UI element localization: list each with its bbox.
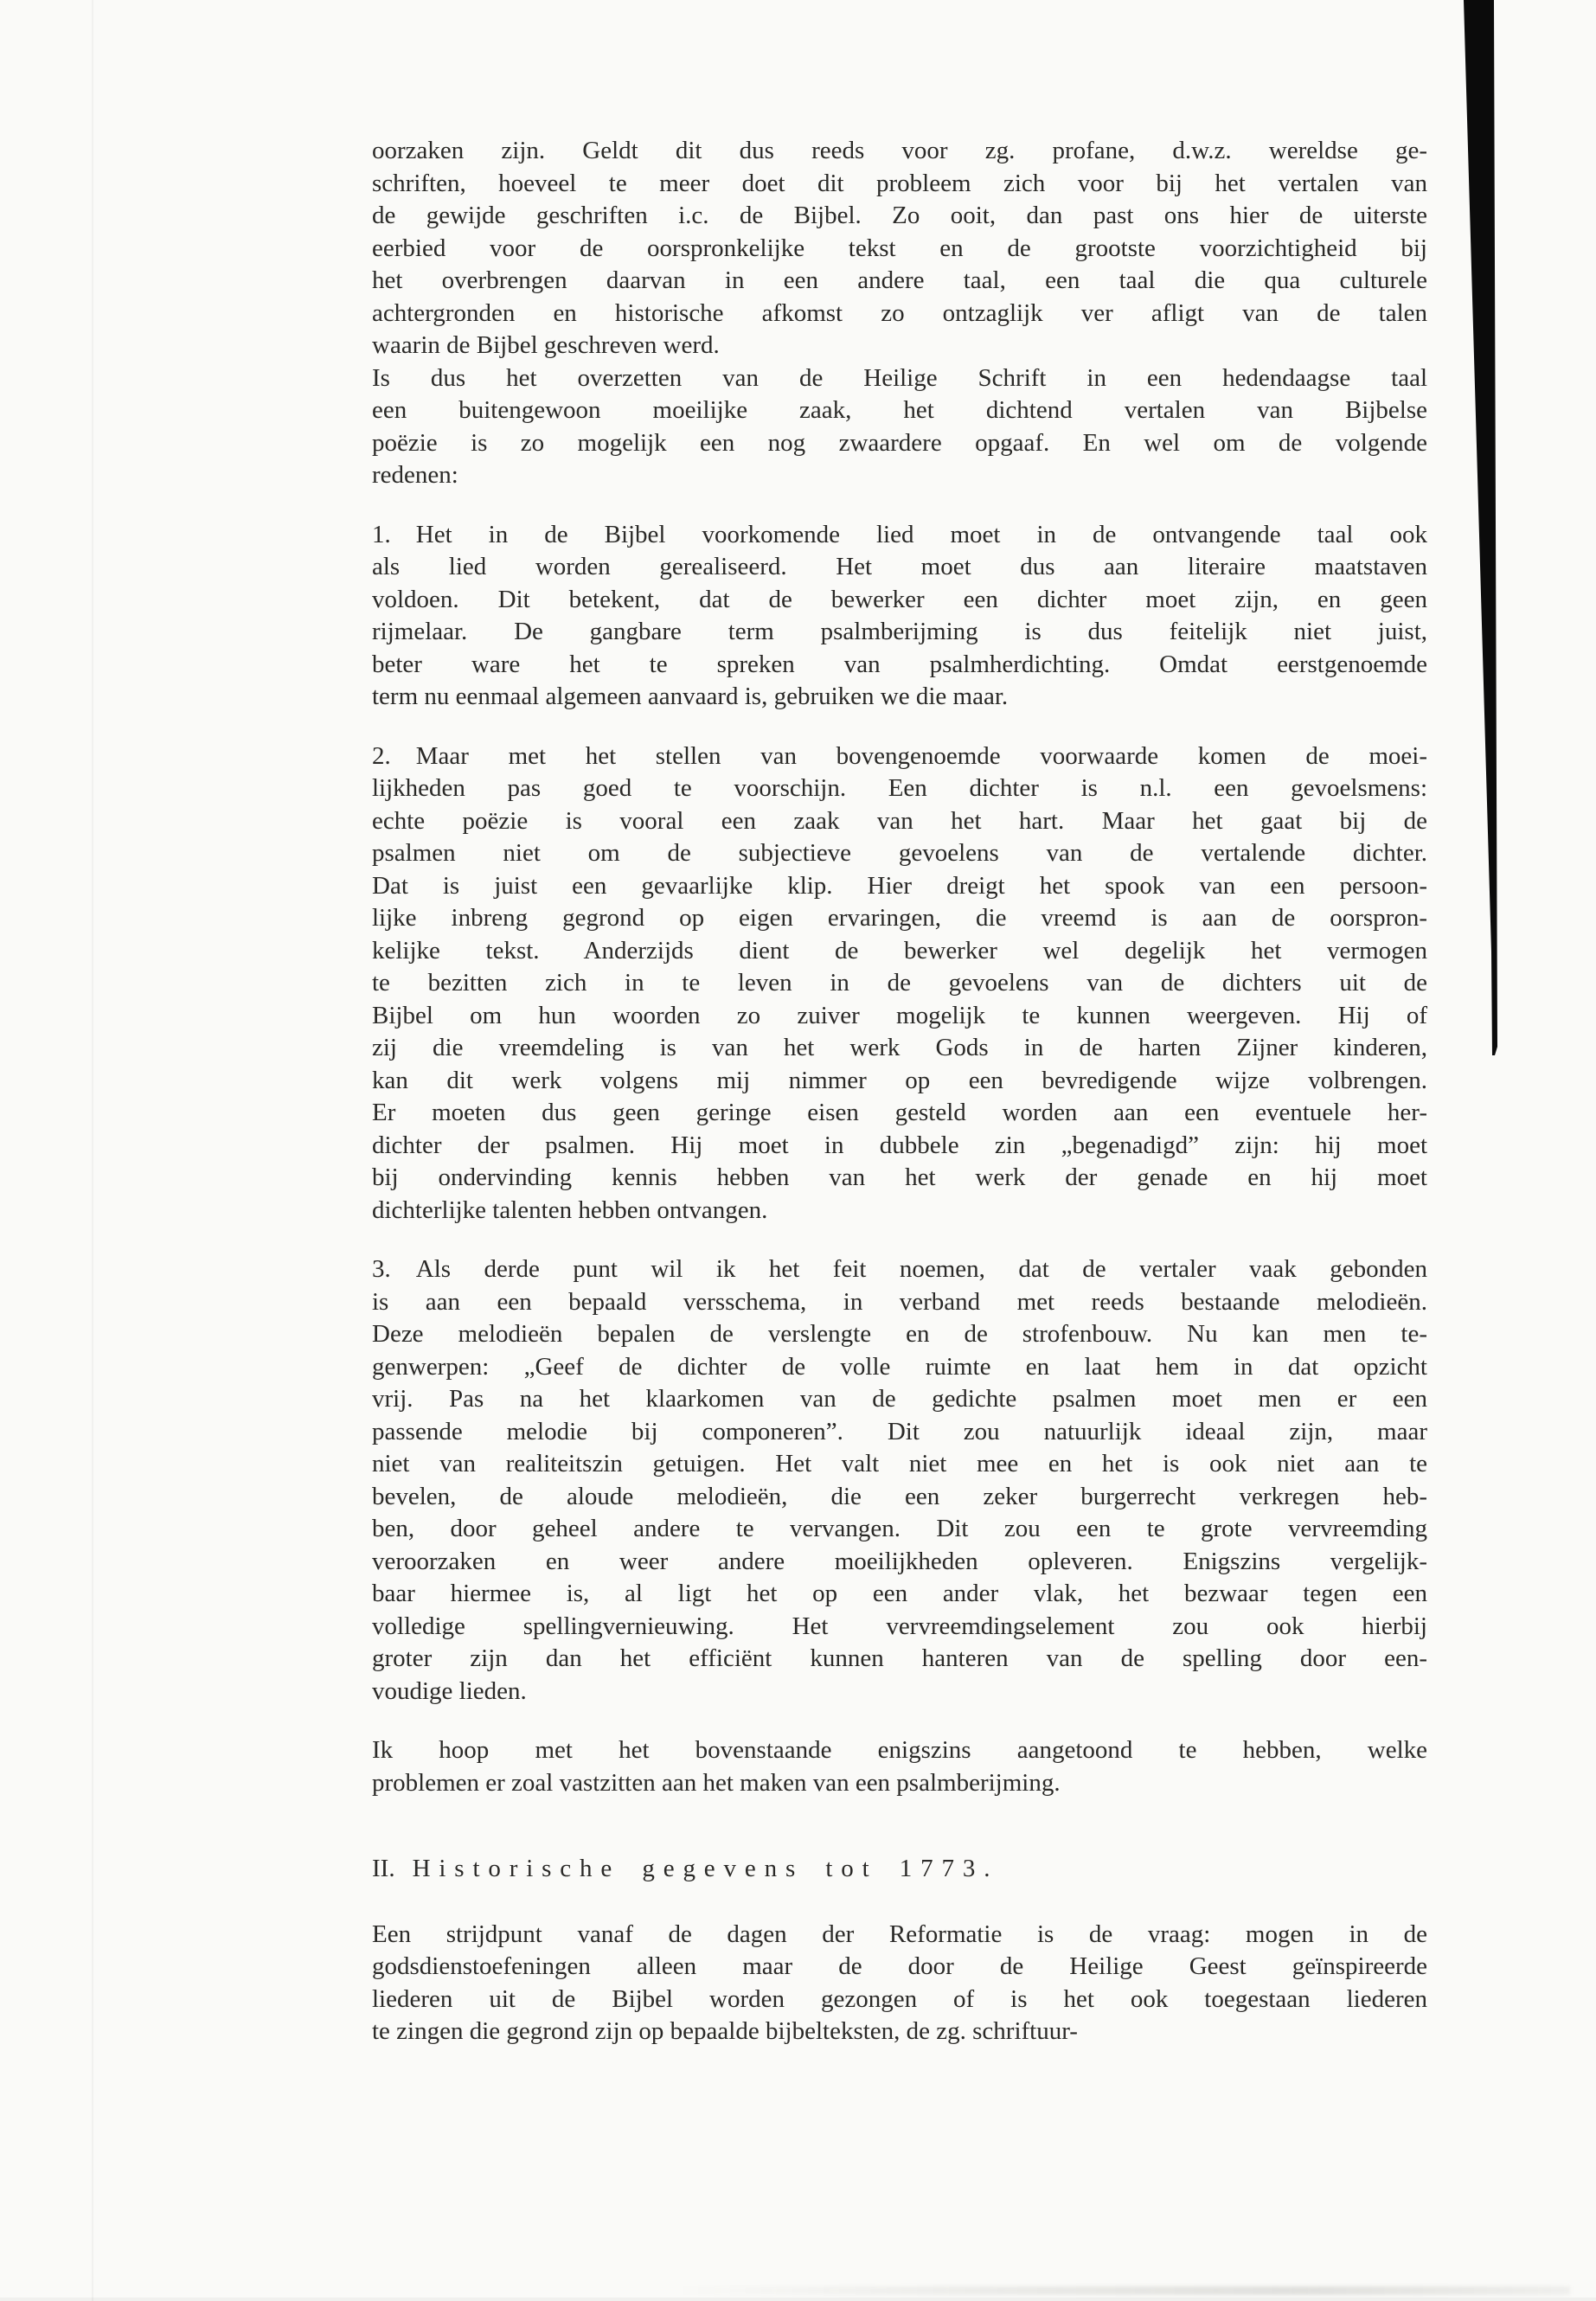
text-line: Is dus het overzetten van de Heilige Sch… xyxy=(372,362,1427,395)
text-line: dichterlijke talenten hebben ontvangen. xyxy=(372,1195,1427,1227)
text-line: liederen uit de Bijbel worden gezongen o… xyxy=(372,1984,1427,2016)
text-column: oorzaken zijn. Geldt dit dus reeds voor … xyxy=(372,135,1427,2048)
page-edge-line xyxy=(92,0,93,2301)
text-line: passende melodie bij componeren”. Dit zo… xyxy=(372,1416,1427,1449)
text-line: vrij. Pas na het klaarkomen van de gedic… xyxy=(372,1383,1427,1416)
text-line: te bezitten zich in te leven in de gevoe… xyxy=(372,967,1427,1000)
section-heading-numeral: II. xyxy=(372,1855,395,1882)
text-line: ben, door geheel andere te vervangen. Di… xyxy=(372,1513,1427,1546)
text-line: als lied worden gerealiseerd. Het moet d… xyxy=(372,551,1427,584)
text-line: kan dit werk volgens mij nimmer op een b… xyxy=(372,1065,1427,1098)
text-line: bevelen, de aloude melodieën, die een ze… xyxy=(372,1481,1427,1514)
text-line: het overbrengen daarvan in een andere ta… xyxy=(372,265,1427,298)
document-page: oorzaken zijn. Geldt dit dus reeds voor … xyxy=(0,0,1596,2301)
text-line: beter ware het te spreken van psalmherdi… xyxy=(372,649,1427,682)
closing-paragraph: Ik hoop met het bovenstaande enigszins a… xyxy=(372,1734,1427,1799)
numbered-item-2: 2. Maar met het stellen van bovengenoemd… xyxy=(372,740,1427,1227)
text-line: voldoen. Dit betekent, dat de bewerker e… xyxy=(372,584,1427,617)
text-line: psalmen niet om de subjectieve gevoelens… xyxy=(372,837,1427,870)
intro-paragraph-1: oorzaken zijn. Geldt dit dus reeds voor … xyxy=(372,135,1427,362)
text-line: baar hiermee is, al ligt het op een ande… xyxy=(372,1578,1427,1611)
text-line: eerbied voor de oorspronkelijke tekst en… xyxy=(372,233,1427,266)
text-line: problemen er zoal vastzitten aan het mak… xyxy=(372,1767,1427,1800)
text-line: lijkheden pas goed te voorschijn. Een di… xyxy=(372,772,1427,805)
text-line: schriften, hoeveel te meer doet dit prob… xyxy=(372,168,1427,201)
text-line: dichter der psalmen. Hij moet in dubbele… xyxy=(372,1130,1427,1163)
text-line: echte poëzie is vooral een zaak van het … xyxy=(372,805,1427,838)
text-line: is aan een bepaald versschema, in verban… xyxy=(372,1286,1427,1319)
text-line: voudige lieden. xyxy=(372,1676,1427,1708)
text-line: Dat is juist een gevaarlijke klip. Hier … xyxy=(372,870,1427,903)
text-line: een buitengewoon moeilijke zaak, het dic… xyxy=(372,394,1427,427)
text-line: rijmelaar. De gangbare term psalmberijmi… xyxy=(372,616,1427,649)
text-line: Deze melodieën bepalen de verslengte en … xyxy=(372,1318,1427,1351)
text-line: 1. Het in de Bijbel voorkomende lied moe… xyxy=(372,519,1427,552)
text-line: Ik hoop met het bovenstaande enigszins a… xyxy=(372,1734,1427,1767)
text-line: waarin de Bijbel geschreven werd. xyxy=(372,330,1427,362)
scan-bottom-smudge xyxy=(675,2286,1570,2295)
text-line: volledige spellingvernieuwing. Het vervr… xyxy=(372,1611,1427,1644)
text-line: niet van realiteitszin getuigen. Het val… xyxy=(372,1448,1427,1481)
text-line: oorzaken zijn. Geldt dit dus reeds voor … xyxy=(372,135,1427,168)
text-line: term nu eenmaal algemeen aanvaard is, ge… xyxy=(372,681,1427,714)
section-heading: II.Historische gegevens tot 1773. xyxy=(372,1853,1427,1886)
text-line: de gewijde geschriften i.c. de Bijbel. Z… xyxy=(372,200,1427,233)
section-heading-title: Historische gegevens tot 1773. xyxy=(413,1855,999,1882)
text-line: redenen: xyxy=(372,459,1427,492)
text-line: Bijbel om hun woorden zo zuiver mogelijk… xyxy=(372,1000,1427,1033)
numbered-item-1: 1. Het in de Bijbel voorkomende lied moe… xyxy=(372,519,1427,714)
text-line: lijke inbreng gegrond op eigen ervaringe… xyxy=(372,902,1427,935)
text-line: achtergronden en historische afkomst zo … xyxy=(372,298,1427,330)
scan-bottom-edge xyxy=(0,2298,1596,2301)
text-line: te zingen die gegrond zijn op bepaalde b… xyxy=(372,2016,1427,2048)
text-line: godsdienstoefeningen alleen maar de door… xyxy=(372,1951,1427,1984)
text-line: groter zijn dan het efficiënt kunnen han… xyxy=(372,1643,1427,1676)
text-line: bij ondervinding kennis hebben van het w… xyxy=(372,1162,1427,1195)
text-line: Er moeten dus geen geringe eisen gesteld… xyxy=(372,1097,1427,1130)
text-line: 3. Als derde punt wil ik het feit noemen… xyxy=(372,1253,1427,1286)
final-paragraph: Een strijdpunt vanaf de dagen der Reform… xyxy=(372,1919,1427,2048)
scan-artifact-bar xyxy=(1460,0,1503,1057)
text-line: genwerpen: „Geef de dichter de volle rui… xyxy=(372,1351,1427,1384)
text-line: 2. Maar met het stellen van bovengenoemd… xyxy=(372,740,1427,773)
numbered-item-3: 3. Als derde punt wil ik het feit noemen… xyxy=(372,1253,1427,1708)
text-line: Een strijdpunt vanaf de dagen der Reform… xyxy=(372,1919,1427,1952)
text-line: veroorzaken en weer andere moeilijkheden… xyxy=(372,1546,1427,1579)
text-line: zij die vreemdeling is van het werk Gods… xyxy=(372,1032,1427,1065)
intro-paragraph-2: Is dus het overzetten van de Heilige Sch… xyxy=(372,362,1427,492)
text-line: kelijke tekst. Anderzijds dient de bewer… xyxy=(372,935,1427,968)
text-line: poëzie is zo mogelijk een nog zwaardere … xyxy=(372,427,1427,460)
